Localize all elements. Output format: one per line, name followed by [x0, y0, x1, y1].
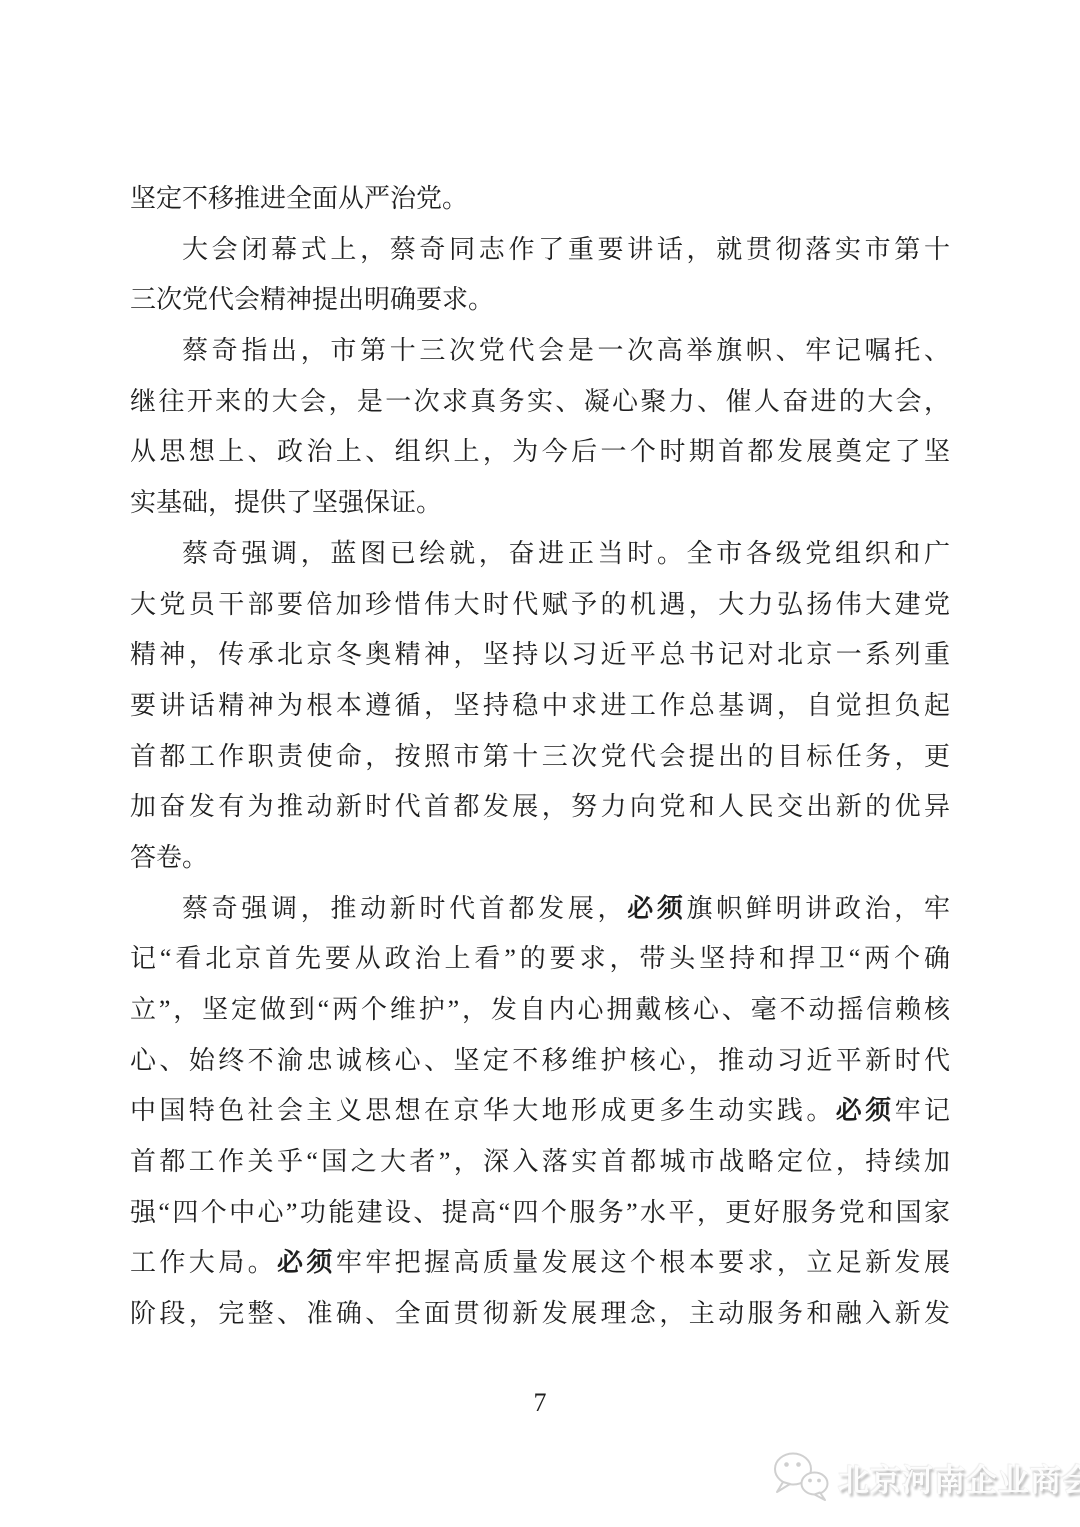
text-line: 加奋发有为推动新时代首都发展，努力向党和人民交出新的优异	[130, 782, 950, 833]
footer-brand-label: 北京河南企业商会	[838, 1455, 1080, 1500]
text-line: 工作大局。必须牢牢把握高质量发展这个根本要求，立足新发展	[130, 1238, 950, 1289]
text-line: 要讲话精神为根本遵循，坚持稳中求进工作总基调，自觉担负起	[130, 681, 950, 732]
body-text: 三次党代会精神提出明确要求。	[130, 285, 494, 314]
emphasis-text: 必须	[836, 1096, 895, 1125]
body-text: 旗帜鲜明讲政治，牢	[687, 894, 950, 923]
body-text: 从思想上、政治上、组织上，为今后一个时期首都发展奠定了坚	[130, 437, 950, 466]
body-text: 蔡奇指出，市第十三次党代会是一次高举旗帜、牢记嘱托、	[182, 336, 950, 365]
text-line: 答卷。	[130, 833, 950, 884]
body-text: 蔡奇强调，蓝图已绘就，奋进正当时。全市各级党组织和广	[182, 539, 950, 568]
page-number: 7	[0, 1388, 1080, 1418]
body-text: 立”，坚定做到“两个维护”，发自内心拥戴核心、毫不动摇信赖核	[130, 995, 950, 1024]
text-line: 首都工作关乎“国之大者”，深入落实首都城市战略定位，持续加	[130, 1137, 950, 1188]
text-line: 大党员干部要倍加珍惜伟大时代赋予的机遇，大力弘扬伟大建党	[130, 580, 950, 631]
body-text: 牢牢把握高质量发展这个根本要求，立足新发展	[336, 1248, 950, 1277]
body-text: 蔡奇强调，推动新时代首都发展，	[182, 894, 627, 923]
emphasis-text: 必须	[627, 894, 686, 923]
body-text: 坚定不移推进全面从严治党。	[130, 184, 468, 213]
text-line: 记“看北京首先要从政治上看”的要求，带头坚持和捍卫“两个确	[130, 934, 950, 985]
document-page: 坚定不移推进全面从严治党。大会闭幕式上，蔡奇同志作了重要讲话，就贯彻落实市第十三…	[0, 0, 1080, 1527]
body-text: 首都工作职责使命，按照市第十三次党代会提出的目标任务，更	[130, 742, 950, 771]
body-text: 强“四个中心”功能建设、提高“四个服务”水平，更好服务党和国家	[130, 1198, 950, 1227]
text-line: 中国特色社会主义思想在京华大地形成更多生动实践。必须牢记	[130, 1086, 950, 1137]
body-text: 中国特色社会主义思想在京华大地形成更多生动实践。	[130, 1096, 836, 1125]
body-text: 大会闭幕式上，蔡奇同志作了重要讲话，就贯彻落实市第十	[182, 235, 950, 264]
text-line: 心、始终不渝忠诚核心、坚定不移维护核心，推动习近平新时代	[130, 1036, 950, 1087]
text-line: 蔡奇强调，推动新时代首都发展，必须旗帜鲜明讲政治，牢	[130, 884, 950, 935]
footer-watermark: 北京河南企业商会	[770, 1450, 1080, 1504]
body-text: 记“看北京首先要从政治上看”的要求，带头坚持和捍卫“两个确	[130, 944, 950, 973]
text-line: 从思想上、政治上、组织上，为今后一个时期首都发展奠定了坚	[130, 427, 950, 478]
text-line: 立”，坚定做到“两个维护”，发自内心拥戴核心、毫不动摇信赖核	[130, 985, 950, 1036]
body-text: 阶段，完整、准确、全面贯彻新发展理念，主动服务和融入新发	[130, 1299, 950, 1328]
body-text: 心、始终不渝忠诚核心、坚定不移维护核心，推动习近平新时代	[130, 1046, 950, 1075]
text-line: 蔡奇指出，市第十三次党代会是一次高举旗帜、牢记嘱托、	[130, 326, 950, 377]
body-text: 要讲话精神为根本遵循，坚持稳中求进工作总基调，自觉担负起	[130, 691, 950, 720]
body-text: 实基础，提供了坚强保证。	[130, 488, 442, 517]
document-body: 坚定不移推进全面从严治党。大会闭幕式上，蔡奇同志作了重要讲话，就贯彻落实市第十三…	[130, 174, 950, 1340]
body-text: 加奋发有为推动新时代首都发展，努力向党和人民交出新的优异	[130, 792, 950, 821]
text-line: 实基础，提供了坚强保证。	[130, 478, 950, 529]
text-line: 强“四个中心”功能建设、提高“四个服务”水平，更好服务党和国家	[130, 1188, 950, 1239]
text-line: 精神，传承北京冬奥精神，坚持以习近平总书记对北京一系列重	[130, 630, 950, 681]
text-line: 首都工作职责使命，按照市第十三次党代会提出的目标任务，更	[130, 732, 950, 783]
text-line: 继往开来的大会，是一次求真务实、凝心聚力、催人奋进的大会，	[130, 377, 950, 428]
body-text: 大党员干部要倍加珍惜伟大时代赋予的机遇，大力弘扬伟大建党	[130, 590, 950, 619]
wechat-icon	[770, 1450, 832, 1504]
text-line: 坚定不移推进全面从严治党。	[130, 174, 950, 225]
body-text: 工作大局。	[130, 1248, 277, 1277]
body-text: 答卷。	[130, 843, 208, 872]
emphasis-text: 必须	[277, 1248, 336, 1277]
body-text: 精神，传承北京冬奥精神，坚持以习近平总书记对北京一系列重	[130, 640, 950, 669]
body-text: 牢记	[895, 1096, 950, 1125]
text-line: 三次党代会精神提出明确要求。	[130, 275, 950, 326]
body-text: 继往开来的大会，是一次求真务实、凝心聚力、催人奋进的大会，	[130, 387, 950, 416]
text-line: 阶段，完整、准确、全面贯彻新发展理念，主动服务和融入新发	[130, 1289, 950, 1340]
text-line: 蔡奇强调，蓝图已绘就，奋进正当时。全市各级党组织和广	[130, 529, 950, 580]
body-text: 首都工作关乎“国之大者”，深入落实首都城市战略定位，持续加	[130, 1147, 950, 1176]
text-line: 大会闭幕式上，蔡奇同志作了重要讲话，就贯彻落实市第十	[130, 225, 950, 276]
